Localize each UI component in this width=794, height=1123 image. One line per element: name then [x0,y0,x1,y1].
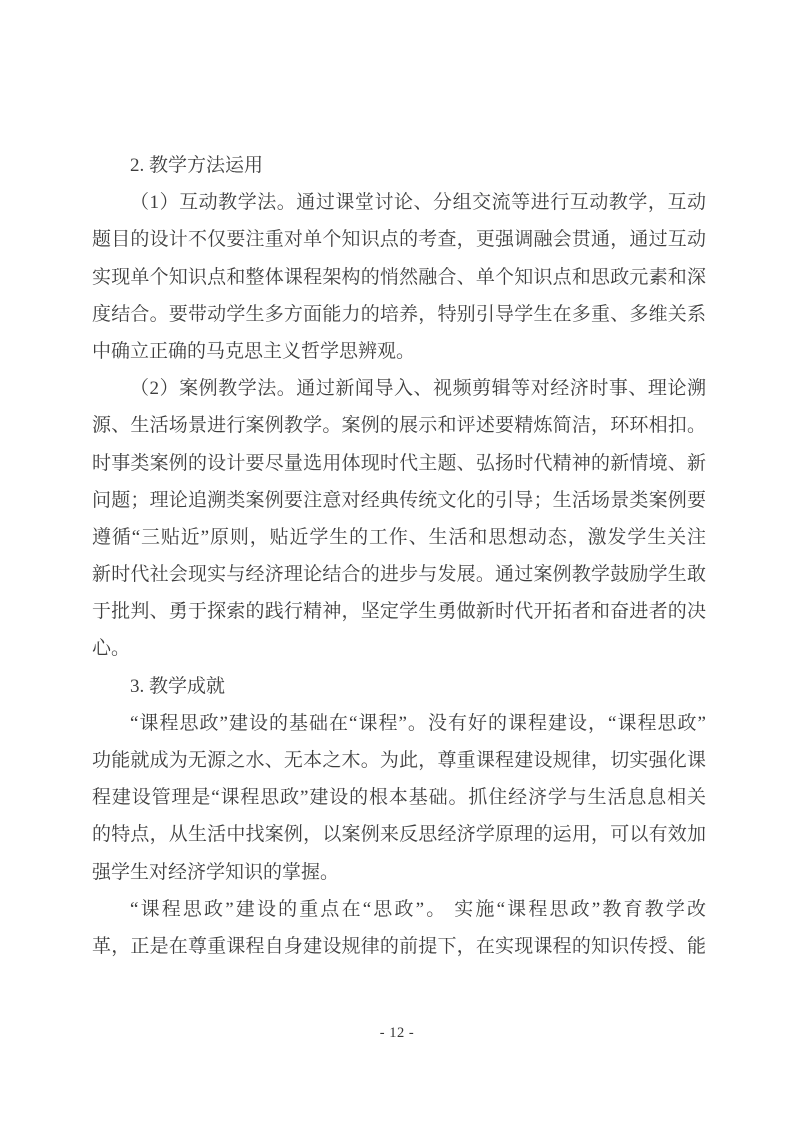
paragraph-line: 的特点，从生活中找案例，以案例来反思经济学原理的运用，可以有效加 [92,816,706,853]
heading-line: 3. 教学成就 [92,668,706,705]
paragraph-line: 时事类案例的设计要尽量选用体现时代主题、弘扬时代精神的新情境、新 [92,445,706,482]
paragraph-line: （1）互动教学法。通过课堂讨论、分组交流等进行互动教学，互动 [92,184,706,221]
paragraph-line: 实现单个知识点和整体课程架构的悄然融合、单个知识点和思政元素和深 [92,259,706,296]
paragraph-line: 于批判、勇于探索的践行精神，坚定学生勇做新时代开拓者和奋进者的决 [92,593,706,630]
paragraph-line: 源、生活场景进行案例教学。案例的展示和评述要精炼简洁，环环相扣。 [92,407,706,444]
paragraph-line: 题目的设计不仅要注重对单个知识点的考查，更强调融会贯通，通过互动 [92,221,706,258]
paragraph-line: 中确立正确的马克思主义哲学思辨观。 [92,333,706,370]
paragraph-line: 度结合。要带动学生多方面能力的培养，特别引导学生在多重、多维关系 [92,296,706,333]
paragraph-line: 功能就成为无源之水、无本之木。为此，尊重课程建设规律，切实强化课 [92,742,706,779]
document-body: 2. 教学方法运用（1）互动教学法。通过课堂讨论、分组交流等进行互动教学，互动题… [92,147,706,965]
paragraph-line: “课程思政”建设的重点在“思政”。 实施“课程思政”教育教学改 [92,891,706,928]
document-page: 2. 教学方法运用（1）互动教学法。通过课堂讨论、分组交流等进行互动教学，互动题… [0,0,794,1123]
paragraph-line: 问题；理论追溯类案例要注意对经典传统文化的引导；生活场景类案例要 [92,482,706,519]
paragraph-line: 革，正是在尊重课程自身建设规律的前提下，在实现课程的知识传授、能 [92,928,706,965]
paragraph-line: 强学生对经济学知识的掌握。 [92,854,706,891]
paragraph-line: 新时代社会现实与经济理论结合的进步与发展。通过案例教学鼓励学生敢 [92,556,706,593]
paragraph-line: 心。 [92,630,706,667]
paragraph-line: （2）案例教学法。通过新闻导入、视频剪辑等对经济时事、理论溯 [92,370,706,407]
paragraph-line: 程建设管理是“课程思政”建设的根本基础。抓住经济学与生活息息相关 [92,779,706,816]
paragraph-line: “课程思政”建设的基础在“课程”。没有好的课程建设，“课程思政” [92,705,706,742]
page-number: - 12 - [0,1024,794,1042]
paragraph-line: 遵循“三贴近”原则，贴近学生的工作、生活和思想动态，激发学生关注 [92,519,706,556]
heading-line: 2. 教学方法运用 [92,147,706,184]
